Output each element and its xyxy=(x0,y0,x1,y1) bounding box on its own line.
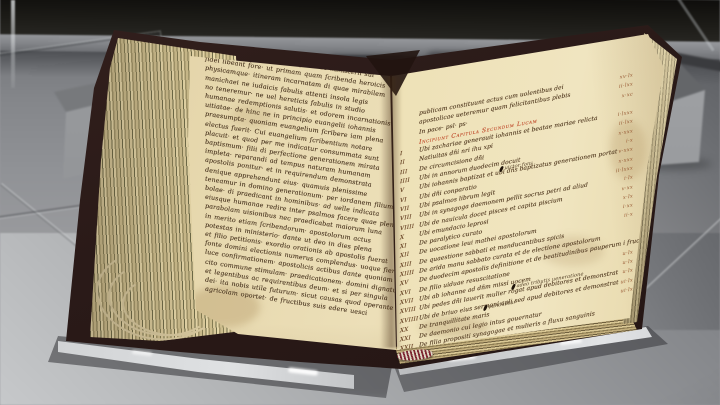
gutter-shadow xyxy=(380,76,402,348)
insertion-mark-icon xyxy=(499,165,504,171)
insertion-mark-icon xyxy=(511,283,516,289)
capitula-list: publicam constituunt actus cum uolentibu… xyxy=(400,71,636,364)
left-page-text-block: euangelicae· depositionis exponis ac min… xyxy=(205,46,395,323)
manuscript-book: euangelicae· depositionis exponis ac min… xyxy=(0,0,720,405)
insertion-mark-icon xyxy=(483,304,488,310)
manuscript-display-photo: euangelicae· depositionis exponis ac min… xyxy=(0,0,720,405)
